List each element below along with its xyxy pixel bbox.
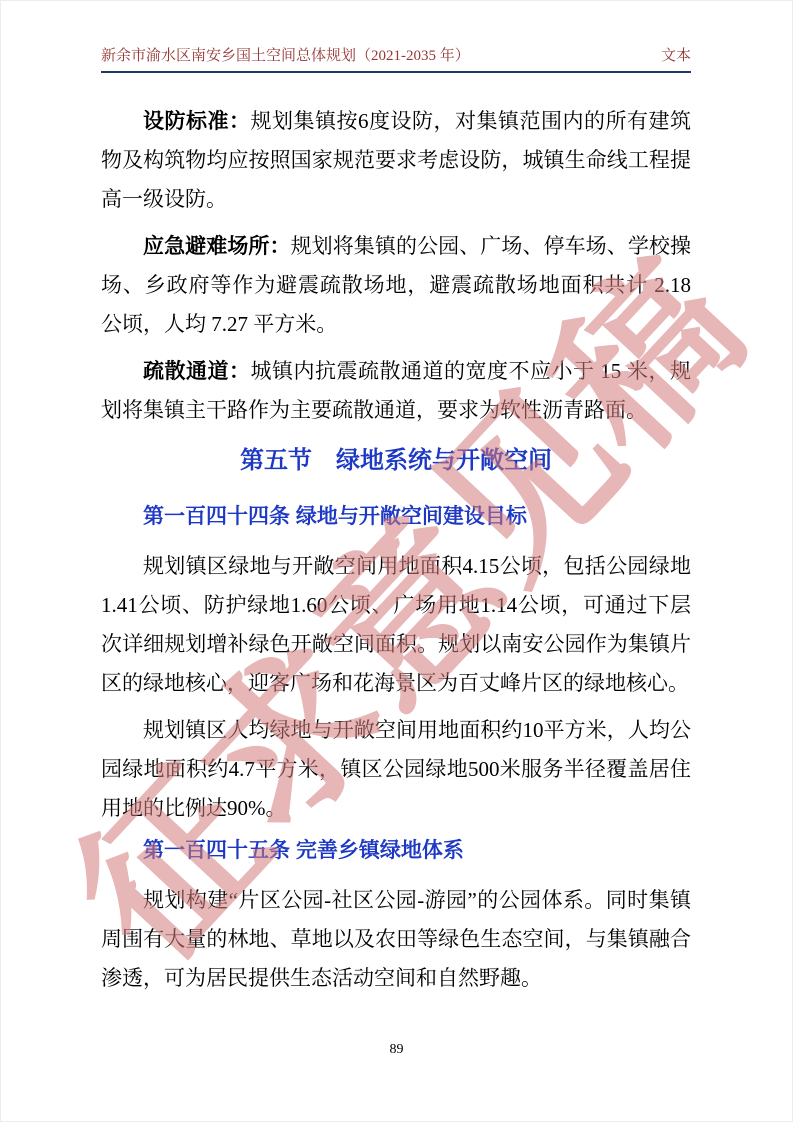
header-title: 新余市渝水区南安乡国土空间总体规划（2021-2035 年）: [101, 45, 470, 67]
paragraph-evacuation-channel: 疏散通道：城镇内抗震疏散通道的宽度不应小于 15 米，规划将集镇主干路作为主要疏…: [101, 352, 691, 430]
page-header: 新余市渝水区南安乡国土空间总体规划（2021-2035 年） 文本: [101, 45, 691, 73]
header-rule: 新余市渝水区南安乡国土空间总体规划（2021-2035 年） 文本: [101, 45, 691, 73]
paragraph-green-space-target-2: 规划镇区人均绿地与开敞空间用地面积约10平方米，人均公园绿地面积约4.7平方米，…: [101, 711, 691, 828]
section-heading: 第五节 绿地系统与开敞空间: [101, 446, 691, 476]
paragraph-emergency-shelter: 应急避难场所：规划将集镇的公园、广场、停车场、学校操场、乡政府等作为避震疏散场地…: [101, 227, 691, 344]
runin-label-evacuation: 疏散通道：: [143, 360, 251, 383]
document-page: 新余市渝水区南安乡国土空间总体规划（2021-2035 年） 文本 设防标准：规…: [0, 0, 793, 1122]
paragraph-green-space-target-1: 规划镇区绿地与开敞空间用地面积4.15公顷，包括公园绿地1.41公顷、防护绿地1…: [101, 547, 691, 703]
article-heading-145: 第一百四十五条 完善乡镇绿地体系: [101, 836, 691, 866]
article-heading-144: 第一百四十四条 绿地与开敞空间建设目标: [101, 502, 691, 532]
paragraph-green-system: 规划构建“片区公园-社区公园-游园”的公园体系。同时集镇周围有大量的林地、草地以…: [101, 881, 691, 998]
header-doc-label: 文本: [661, 45, 691, 67]
page-number: 89: [390, 1042, 404, 1057]
runin-label-shelter: 应急避难场所：: [143, 235, 291, 258]
document-body: 设防标准：规划集镇按6度设防，对集镇范围内的所有建筑物及构筑物均应按照国家规范要…: [101, 102, 691, 1006]
paragraph-fortification-standard: 设防标准：规划集镇按6度设防，对集镇范围内的所有建筑物及构筑物均应按照国家规范要…: [101, 102, 691, 219]
page-footer: 89: [1, 1041, 792, 1059]
runin-label-fortification: 设防标准：: [143, 110, 251, 133]
